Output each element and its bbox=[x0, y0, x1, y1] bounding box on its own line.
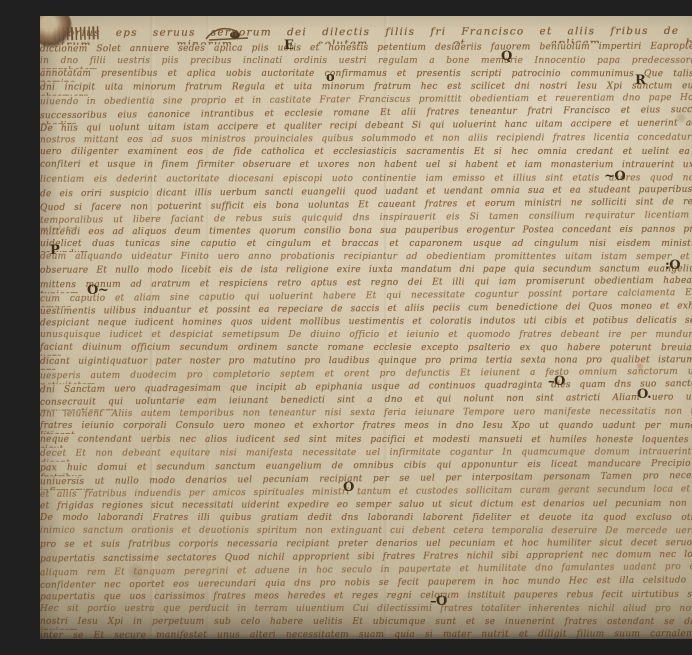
manuscript-text-line: fratres ieiunio corporali Consulo uero m… bbox=[40, 421, 692, 434]
manuscript-text-line: obseruare Et nullo modo licebit eis de i… bbox=[40, 264, 692, 279]
opening-line: Honorius eps seruus seruorum dei dilecti… bbox=[42, 25, 692, 45]
manuscript-text-line: paupertatis que uos carissimos fratres m… bbox=[40, 590, 692, 606]
manuscript-text-line: uniuersis ut nullo modo denarios uel pec… bbox=[40, 470, 692, 490]
manuscript-text-line: successoribus eius canonice intrantibus … bbox=[40, 105, 692, 125]
manuscript-text-line: dicant uigintiquatuor pater noster pro m… bbox=[40, 355, 692, 370]
chapter-initial: –O bbox=[430, 595, 447, 608]
manuscript-text-line: temporalibus ut libere faciant de rebus … bbox=[40, 210, 692, 229]
manuscript-text-line: licentiam eis dederint auctoritate dioce… bbox=[40, 173, 692, 188]
crease-lines bbox=[40, 16, 692, 639]
manuscript-text-line: confiteri et usque in finem firmiter obs… bbox=[40, 160, 692, 173]
manuscript-text-line: De modo laborandi Fratres illi quibus gr… bbox=[40, 513, 692, 526]
manuscript-text-line: despiciant neque iudicent homines quos u… bbox=[40, 316, 692, 332]
chapter-initial: :O bbox=[665, 259, 680, 272]
manuscript-text-line: inimico sanctum orationis et deuotionis … bbox=[40, 526, 692, 539]
manuscript-text-line: cum caputio et aliam sine caputio qui uo… bbox=[40, 288, 692, 308]
manuscript-text-line: dni ieiunent Aliis autem temporibus non … bbox=[40, 407, 692, 423]
chapter-initial: o bbox=[326, 71, 334, 84]
chapter-initial: R bbox=[635, 74, 645, 87]
chapter-initial: P bbox=[50, 244, 59, 257]
chapter-initial: ~O bbox=[604, 170, 625, 183]
manuscript-text-line: uesperis autem duodecim pro completorio … bbox=[40, 367, 692, 385]
manuscript-text-line: Hec sit portio uestra que perducit in te… bbox=[40, 604, 692, 617]
manuscript-text-line: uiuendo in obedientia sine proprio et in… bbox=[40, 93, 692, 111]
manuscript-text-line: in dno filii uestris piis precibus incli… bbox=[40, 56, 692, 69]
manuscript-text-line: dni incipit uita minorum fratrum Regula … bbox=[40, 81, 692, 95]
manuscript-text-line: inter se Et secure manifestet unus alter… bbox=[40, 629, 692, 639]
manuscript-text-line: pax huic domui et secundum sanctum euang… bbox=[40, 458, 692, 476]
parchment-base bbox=[40, 16, 692, 639]
stain-spots bbox=[40, 16, 692, 639]
manuscript-text-line: et aliis fratribus induendis per amicos … bbox=[40, 484, 692, 503]
manuscript-text-line: dni Sanctam uero quadragesimam que incip… bbox=[40, 379, 692, 399]
chapter-initial: O~ bbox=[87, 284, 108, 297]
manuscript-text-line: mittendi eos ad aliquos deum timentes qu… bbox=[40, 224, 692, 240]
manuscript-text-line: uidelicet duas tunicas sine caputio et c… bbox=[40, 239, 692, 252]
manuscript-text-line: decet Et non debeant equitare nisi manif… bbox=[40, 447, 692, 462]
manuscript-text-line: unusquisque iudicet et despiciat semetip… bbox=[40, 330, 692, 343]
manuscript-text-line: uero diligenter examinent eos de fide ca… bbox=[40, 147, 692, 160]
lighting-vignette bbox=[40, 16, 692, 639]
manuscript-text-line: confidenter nec oportet eos uerecundari … bbox=[40, 575, 692, 594]
manuscript-text-line: annotatam presentibus et aplica uobis au… bbox=[40, 69, 692, 82]
manuscript-text-line: uestimentis uilibus induantur et possint… bbox=[40, 301, 692, 320]
manuscript-text-line: pro se et suis fratribus corporis necess… bbox=[40, 538, 692, 553]
manuscript-photo: Honorius eps seruus seruorum dei dilecti… bbox=[40, 16, 692, 639]
manuscript-text-line: aliquam rem Et tanquam peregrini et adue… bbox=[40, 562, 692, 582]
chapter-initial: Q bbox=[501, 50, 512, 63]
chapter-initial: O bbox=[343, 481, 354, 494]
chapter-initial: –O bbox=[548, 375, 565, 388]
manuscript-text-line: paupertatis sanctissime sectatores Quod … bbox=[40, 550, 692, 568]
manuscript-text-line: mittens manum ad aratrum et respiciens r… bbox=[40, 276, 692, 294]
manuscript-text-line: consecrauit qui uoluntarie eam ieiunant … bbox=[40, 392, 692, 411]
manuscript-text-line: Quod si facere non potuerint sufficit ei… bbox=[40, 196, 692, 216]
chapter-initial: O. bbox=[637, 388, 651, 401]
manuscript-text-line: et frigidas regiones sicut necessitati u… bbox=[40, 498, 692, 514]
text-block: dictionem Solet annuere sedes aplica pii… bbox=[40, 16, 692, 639]
initials-layer: EoQR~OPO~:O–OO.O–O bbox=[40, 16, 692, 639]
manuscript-text-line: nostros mittant eos ad suos ministros pr… bbox=[40, 133, 692, 149]
manuscript-text-line: faciant diuinum officium secundum ordine… bbox=[40, 343, 692, 356]
manuscript-text-line: neque contendant uerbis nec alios iudice… bbox=[40, 434, 692, 447]
manuscript-text-line: deum aliquando uideatur Finito uero anno… bbox=[40, 252, 692, 265]
manuscript-text-line: De hiis qui uolunt uitam istam accipere … bbox=[40, 118, 692, 137]
manuscript-text-line: de eis oriri suspicio dicant illis uerbu… bbox=[40, 184, 692, 202]
manuscript-text-line: nostri Iesu Xpi in perpetuum sub celo ha… bbox=[40, 617, 692, 630]
